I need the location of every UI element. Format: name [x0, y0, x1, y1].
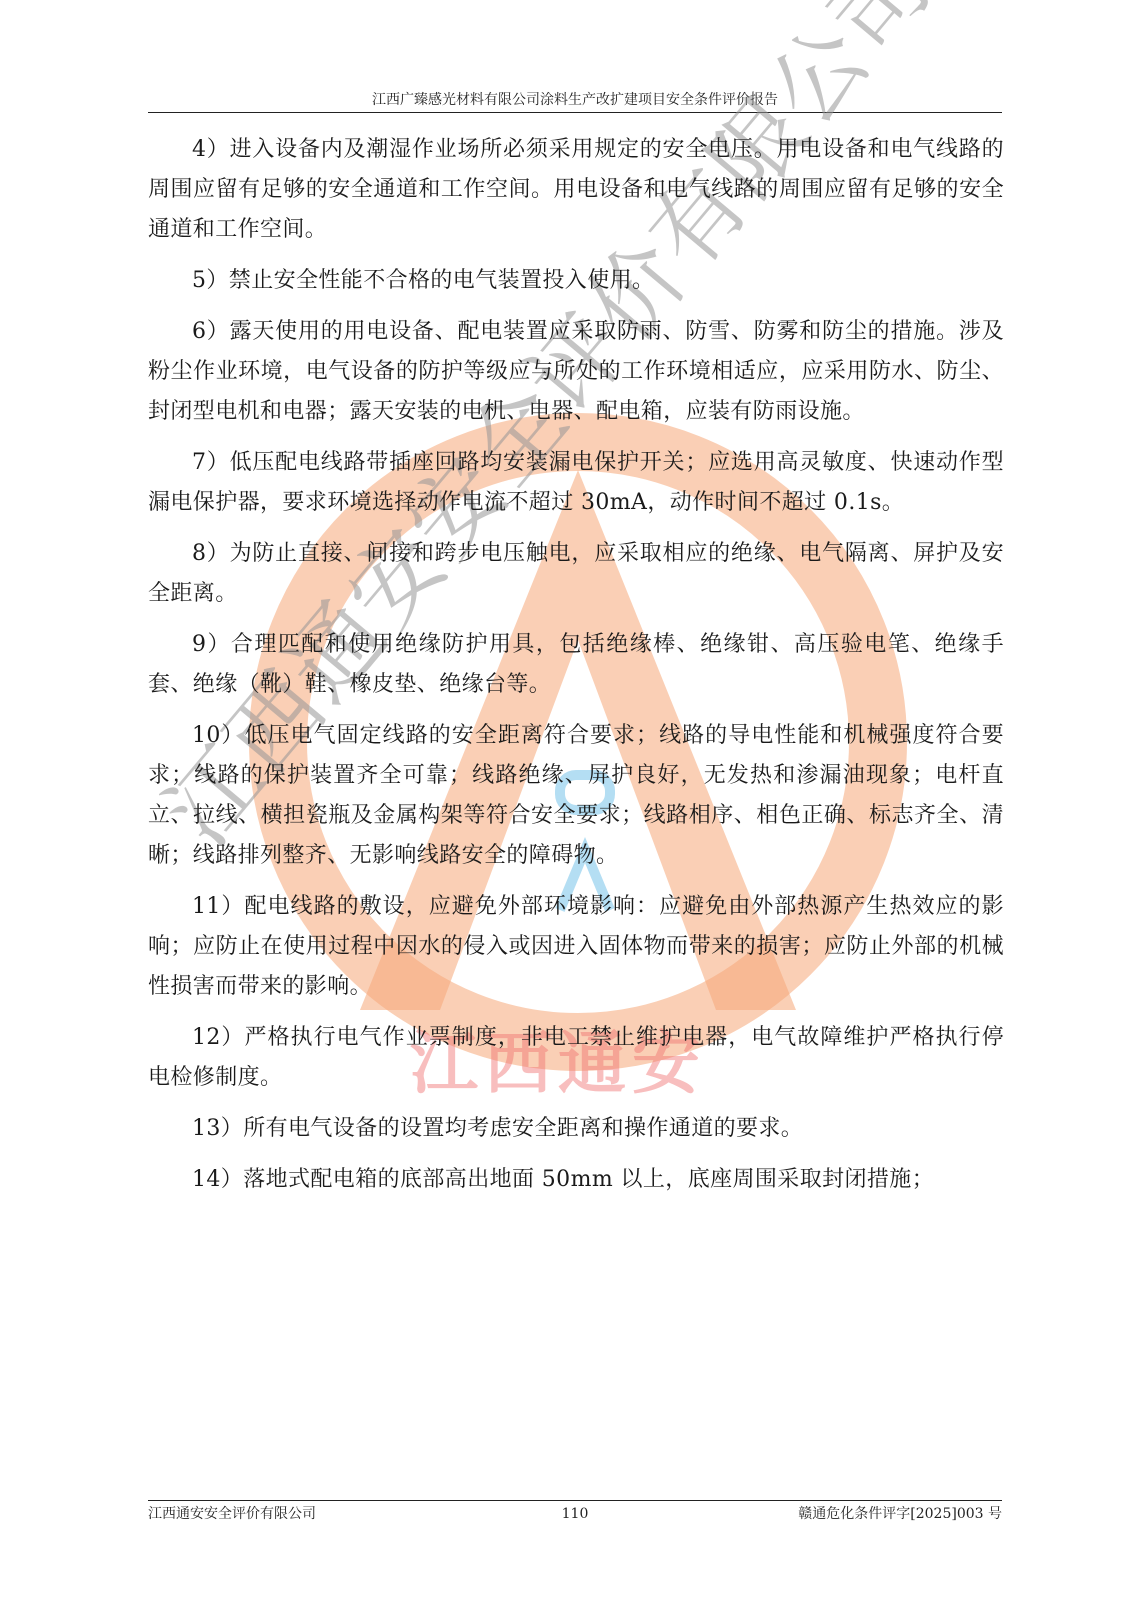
page-footer: 江西通安安全评价有限公司 110 赣通危化条件评字[2025]003 号 — [148, 1500, 1002, 1501]
header-title: 江西广臻感光材料有限公司涂料生产改扩建项目安全条件评价报告 — [372, 92, 778, 108]
paragraph-item-9: 9）合理匹配和使用绝缘防护用具，包括绝缘棒、绝缘钳、高压验电笔、绝缘手套、绝缘（… — [148, 625, 1004, 705]
paragraph-item-8: 8）为防止直接、间接和跨步电压触电，应采取相应的绝缘、电气隔离、屏护及安全距离。 — [148, 534, 1004, 614]
paragraph-item-12: 12）严格执行电气作业票制度，非电工禁止维护电器，电气故障维护严格执行停电检修制… — [148, 1018, 1004, 1098]
paragraph-item-11: 11）配电线路的敷设，应避免外部环境影响：应避免由外部热源产生热效应的影响；应防… — [148, 887, 1004, 1007]
page-header: 江西广臻感光材料有限公司涂料生产改扩建项目安全条件评价报告 — [148, 90, 1002, 113]
paragraph-item-13: 13）所有电气设备的设置均考虑安全距离和操作通道的要求。 — [148, 1109, 1004, 1149]
document-body: 4）进入设备内及潮湿作业场所必须采用规定的安全电压。用电设备和电气线路的周围应留… — [148, 130, 1004, 1211]
paragraph-item-4: 4）进入设备内及潮湿作业场所必须采用规定的安全电压。用电设备和电气线路的周围应留… — [148, 130, 1004, 250]
paragraph-item-6: 6）露天使用的用电设备、配电装置应采取防雨、防雪、防雾和防尘的措施。涉及粉尘作业… — [148, 312, 1004, 432]
paragraph-item-5: 5）禁止安全性能不合格的电气装置投入使用。 — [148, 261, 1004, 301]
paragraph-item-7: 7）低压配电线路带插座回路均安装漏电保护开关；应选用高灵敏度、快速动作型漏电保护… — [148, 443, 1004, 523]
paragraph-item-10: 10）低压电气固定线路的安全距离符合要求；线路的导电性能和机械强度符合要求；线路… — [148, 716, 1004, 876]
paragraph-item-14: 14）落地式配电箱的底部高出地面 50mm 以上，底座周围采取封闭措施； — [148, 1160, 1004, 1200]
footer-doc-number: 赣通危化条件评字[2025]003 号 — [798, 1503, 1002, 1525]
